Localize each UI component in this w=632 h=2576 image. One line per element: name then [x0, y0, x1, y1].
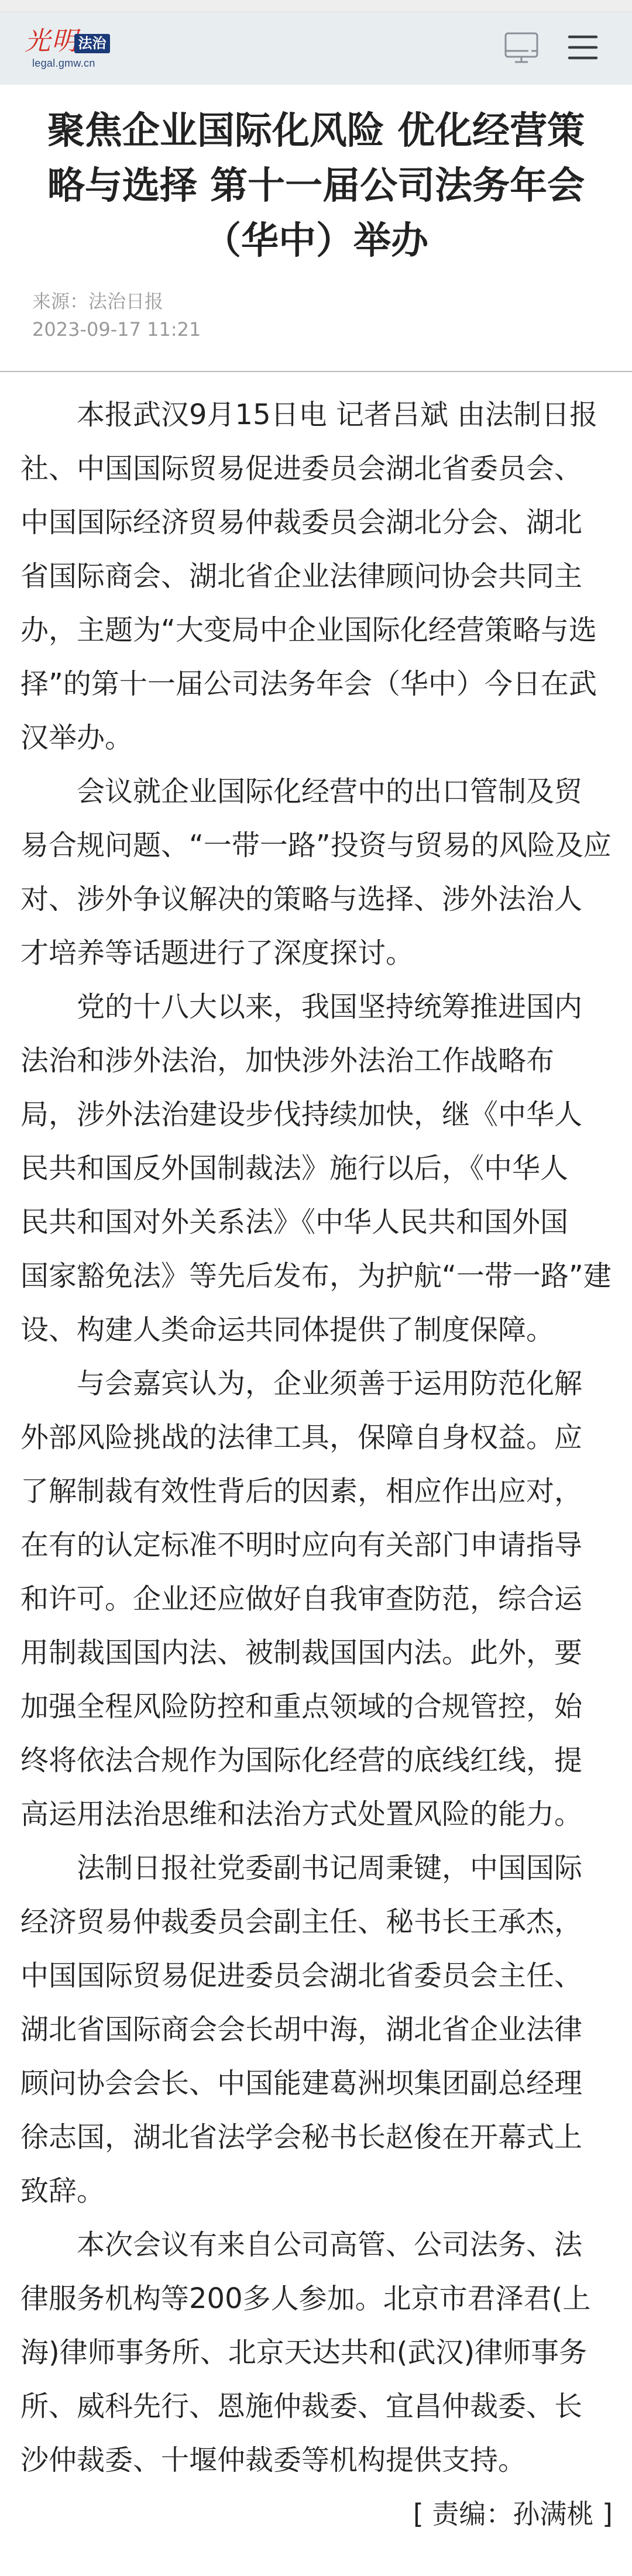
text-line: 顾问协会会长、中国能建葛洲坝集团副总经理 [20, 2056, 612, 2110]
article-title: 聚焦企业国际化风险 优化经营策 略与选择 第十一届公司法务年会 （华中）举办 [0, 85, 632, 269]
text-line: 与会嘉宾认为，企业须善于运用防范化解 [20, 1357, 612, 1411]
desktop-monitor-icon [502, 31, 541, 66]
text-line: 民共和国反外国制裁法》施行以后，《中华人 [20, 1141, 612, 1195]
text-line: 加强全程风险防控和重点领域的合规管控，始 [20, 1680, 612, 1734]
browser-top-strip [0, 0, 632, 12]
text-line: 法制日报社党委副书记周秉键，中国国际 [20, 1841, 612, 1895]
paragraph-6: 本次会议有来自公司高管、公司法务、法 律服务机构等200多人参加。北京市君泽君(… [20, 2218, 612, 2487]
logo-channel-badge: 法治 [74, 34, 110, 53]
title-line: 聚焦企业国际化风险 优化经营策 [23, 104, 609, 159]
text-line: 设、构建人类命运共同体提供了制度保障。 [20, 1303, 612, 1357]
text-line: 办，主题为“大变局中企业国际化经营策略与选 [20, 603, 612, 657]
text-line: 徐志国，湖北省法学会秘书长赵俊在开幕式上 [20, 2110, 612, 2164]
text-line: 在有的认定标准不明时应向有关部门申请指导 [20, 1518, 612, 1572]
article-body: 本报武汉9月15日电 记者吕斌 由法制日报 社、中国国际贸易促进委员会湖北省委员… [0, 372, 632, 2487]
text-line: 党的十八大以来，我国坚持统筹推进国内 [20, 980, 612, 1034]
text-line: 经济贸易仲裁委员会副主任、秘书长王承杰， [20, 1895, 612, 1949]
article-datetime: 2023-09-17 11:21 [32, 315, 632, 343]
text-line: 中国国际贸易促进委员会湖北省委员会主任、 [20, 1949, 612, 2003]
title-line: 略与选择 第十一届公司法务年会 [23, 159, 609, 214]
responsible-editor: [ 责编：孙满桃 ] [0, 2487, 632, 2541]
text-line: 了解制裁有效性背后的因素，相应作出应对， [20, 1464, 612, 1518]
paragraph-3: 党的十八大以来，我国坚持统筹推进国内 法治和涉外法治，加快涉外法治工作战略布 局… [20, 980, 612, 1357]
text-line: 所、威科先行、恩施仲裁委、宜昌仲裁委、长 [20, 2379, 612, 2433]
logo-calligraphy: 光明 [25, 25, 78, 58]
text-line: 才培养等话题进行了深度探讨。 [20, 926, 612, 980]
text-line: 海)律师事务所、北京天达共和(武汉)律师事务 [20, 2326, 612, 2379]
paragraph-5: 法制日报社党委副书记周秉键，中国国际 经济贸易仲裁委员会副主任、秘书长王承杰， … [20, 1841, 612, 2218]
text-line: 社、中国国际贸易促进委员会湖北省委员会、 [20, 442, 612, 496]
text-line: 终将依法合规作为国际化经营的底线红线，提 [20, 1734, 612, 1787]
article-meta: 来源：法治日报 2023-09-17 11:21 [0, 269, 632, 343]
site-logo[interactable]: 光明 法治 legal.gmw.cn [23, 24, 117, 82]
text-line: 用制裁国国内法、被制裁国国内法。此外，要 [20, 1626, 612, 1680]
text-line: 和许可。企业还应做好自我审查防范，综合运 [20, 1572, 612, 1626]
text-line: 高运用法治思维和法治方式处置风险的能力。 [20, 1787, 612, 1841]
paragraph-4: 与会嘉宾认为，企业须善于运用防范化解 外部风险挑战的法律工具，保障自身权益。应 … [20, 1357, 612, 1841]
logo-url-text: legal.gmw.cn [32, 57, 95, 70]
title-line: （华中）举办 [23, 214, 609, 269]
text-line: 汉举办。 [20, 711, 612, 765]
paragraph-1: 本报武汉9月15日电 记者吕斌 由法制日报 社、中国国际贸易促进委员会湖北省委员… [20, 388, 612, 765]
desktop-version-button[interactable] [502, 31, 541, 66]
text-line: 致辞。 [20, 2164, 612, 2218]
text-line: 法治和涉外法治，加快涉外法治工作战略布 [20, 1034, 612, 1088]
text-line: 中国国际经济贸易仲裁委员会湖北分会、湖北 [20, 496, 612, 549]
text-line: 民共和国对外关系法》《中华人民共和国外国 [20, 1195, 612, 1249]
text-line: 律服务机构等200多人参加。北京市君泽君(上 [20, 2272, 612, 2326]
text-line: 易合规问题、“一带一路”投资与贸易的风险及应 [20, 818, 612, 872]
paragraph-2: 会议就企业国际化经营中的出口管制及贸 易合规问题、“一带一路”投资与贸易的风险及… [20, 765, 612, 980]
text-line: 本次会议有来自公司高管、公司法务、法 [20, 2218, 612, 2272]
site-header: 光明 法治 legal.gmw.cn [0, 12, 632, 85]
text-line: 外部风险挑战的法律工具，保障自身权益。应 [20, 1411, 612, 1464]
text-line: 会议就企业国际化经营中的出口管制及贸 [20, 765, 612, 818]
text-line: 国家豁免法》等先后发布，为护航“一带一路”建 [20, 1249, 612, 1303]
text-line: 沙仲裁委、十堰仲裁委等机构提供支持。 [20, 2433, 612, 2487]
text-line: 择”的第十一届公司法务年会（华中）今日在武 [20, 657, 612, 711]
text-line: 本报武汉9月15日电 记者吕斌 由法制日报 [20, 388, 612, 442]
text-line: 省国际商会、湖北省企业法律顾问协会共同主 [20, 549, 612, 603]
article-source: 来源：法治日报 [32, 287, 632, 315]
menu-button[interactable] [565, 33, 600, 64]
text-line: 湖北省国际商会会长胡中海，湖北省企业法律 [20, 2003, 612, 2056]
text-line: 局，涉外法治建设步伐持续加快，继《中华人 [20, 1088, 612, 1141]
page-bottom-spacer [0, 2541, 632, 2576]
text-line: 对、涉外争议解决的策略与选择、涉外法治人 [20, 872, 612, 926]
hamburger-menu-icon [565, 33, 600, 64]
